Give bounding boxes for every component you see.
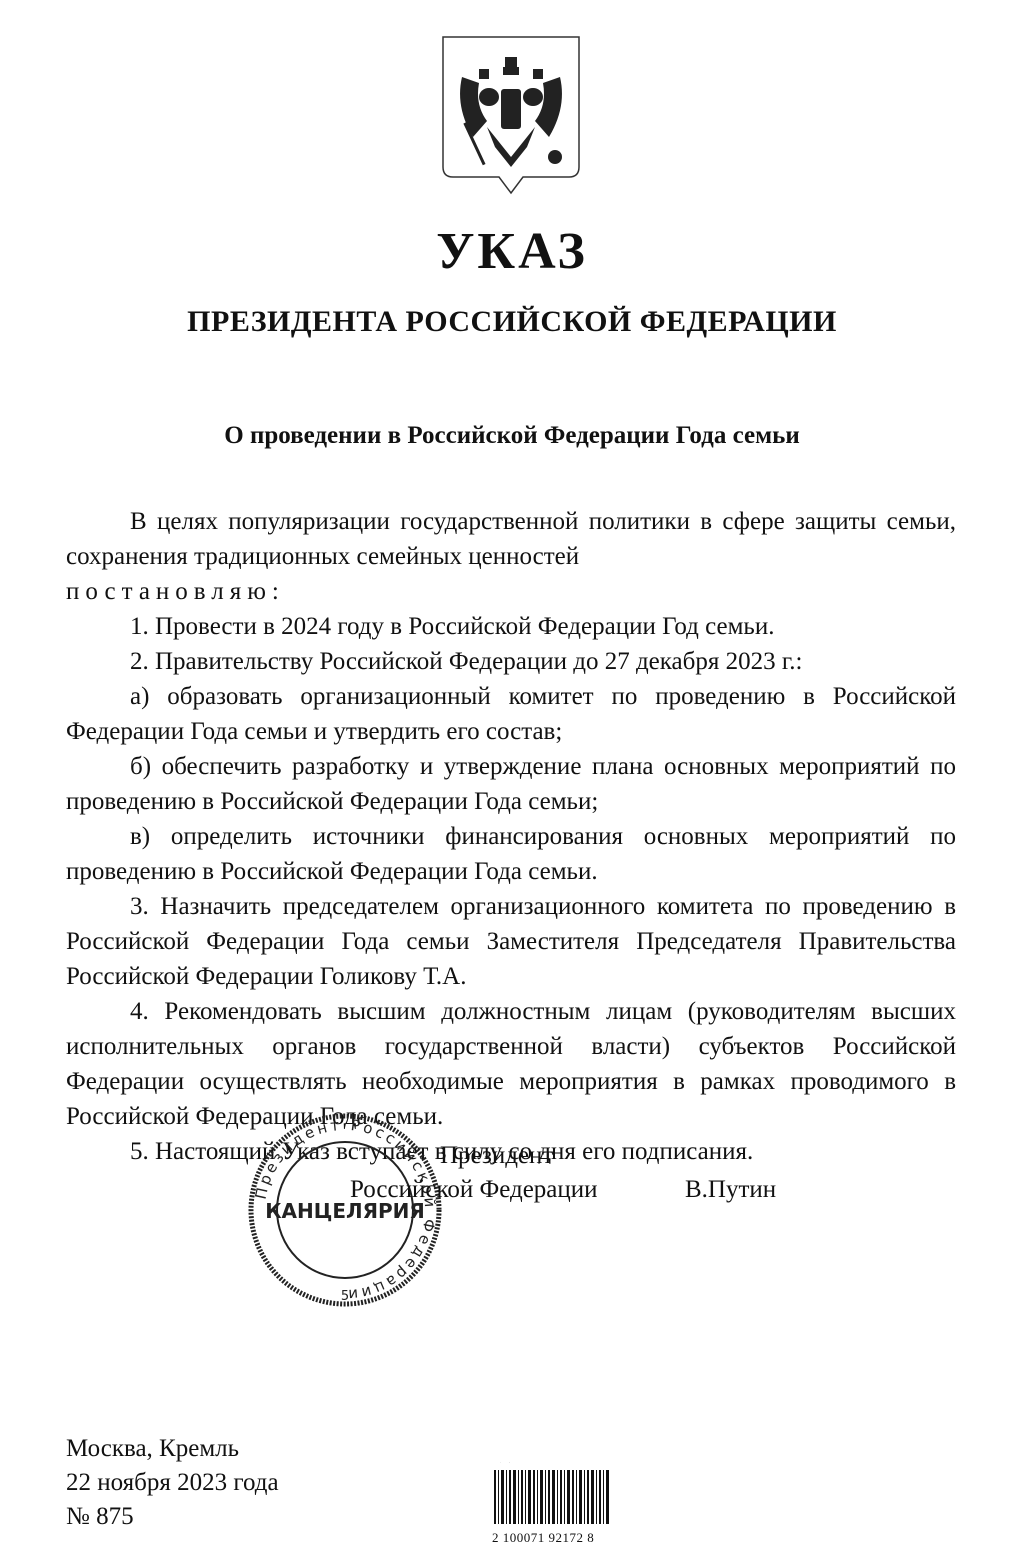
- decree-body: В целях популяризации государственной по…: [66, 504, 956, 1169]
- document-subtitle: ПРЕЗИДЕНТА РОССИЙСКОЙ ФЕДЕРАЦИИ: [0, 305, 1024, 339]
- signer-title: Президент: [440, 1142, 553, 1170]
- item-1: 1. Провести в 2024 году в Российской Фед…: [66, 609, 956, 644]
- item-4: 4. Рекомендовать высшим должностным лица…: [66, 994, 956, 1134]
- document-title: УКАЗ: [0, 222, 1024, 281]
- item-2b: б) обеспечить разработку и утверждение п…: [66, 749, 956, 819]
- date: 22 ноября 2023 года: [66, 1466, 279, 1500]
- item-2a: а) образовать организационный комитет по…: [66, 679, 956, 749]
- decree-word: постановляю:: [66, 578, 285, 605]
- item-2c: в) определить источники финансирования о…: [66, 819, 956, 889]
- barcode-number: 2 100071 92172 8: [492, 1530, 594, 1546]
- signer-org: Российской Федерации: [350, 1176, 598, 1204]
- coat-of-arms-icon: [437, 17, 585, 197]
- preamble-text: В целях популяризации государственной по…: [66, 508, 956, 570]
- item-3: 3. Назначить председателем организационн…: [66, 889, 956, 994]
- official-stamp: Президент Российской Федерации КАНЦЕЛЯРИ…: [245, 1110, 445, 1310]
- place-and-date: Москва, Кремль 22 ноября 2023 года № 875: [66, 1432, 279, 1534]
- svg-text:5: 5: [341, 1289, 349, 1304]
- city: Москва, Кремль: [66, 1432, 279, 1466]
- preamble: В целях популяризации государственной по…: [66, 504, 956, 609]
- signer-name: В.Путин: [685, 1176, 776, 1204]
- decree-number: № 875: [66, 1500, 279, 1534]
- item-2: 2. Правительству Российской Федерации до…: [66, 644, 956, 679]
- decree-heading: О проведении в Российской Федерации Года…: [0, 422, 1024, 450]
